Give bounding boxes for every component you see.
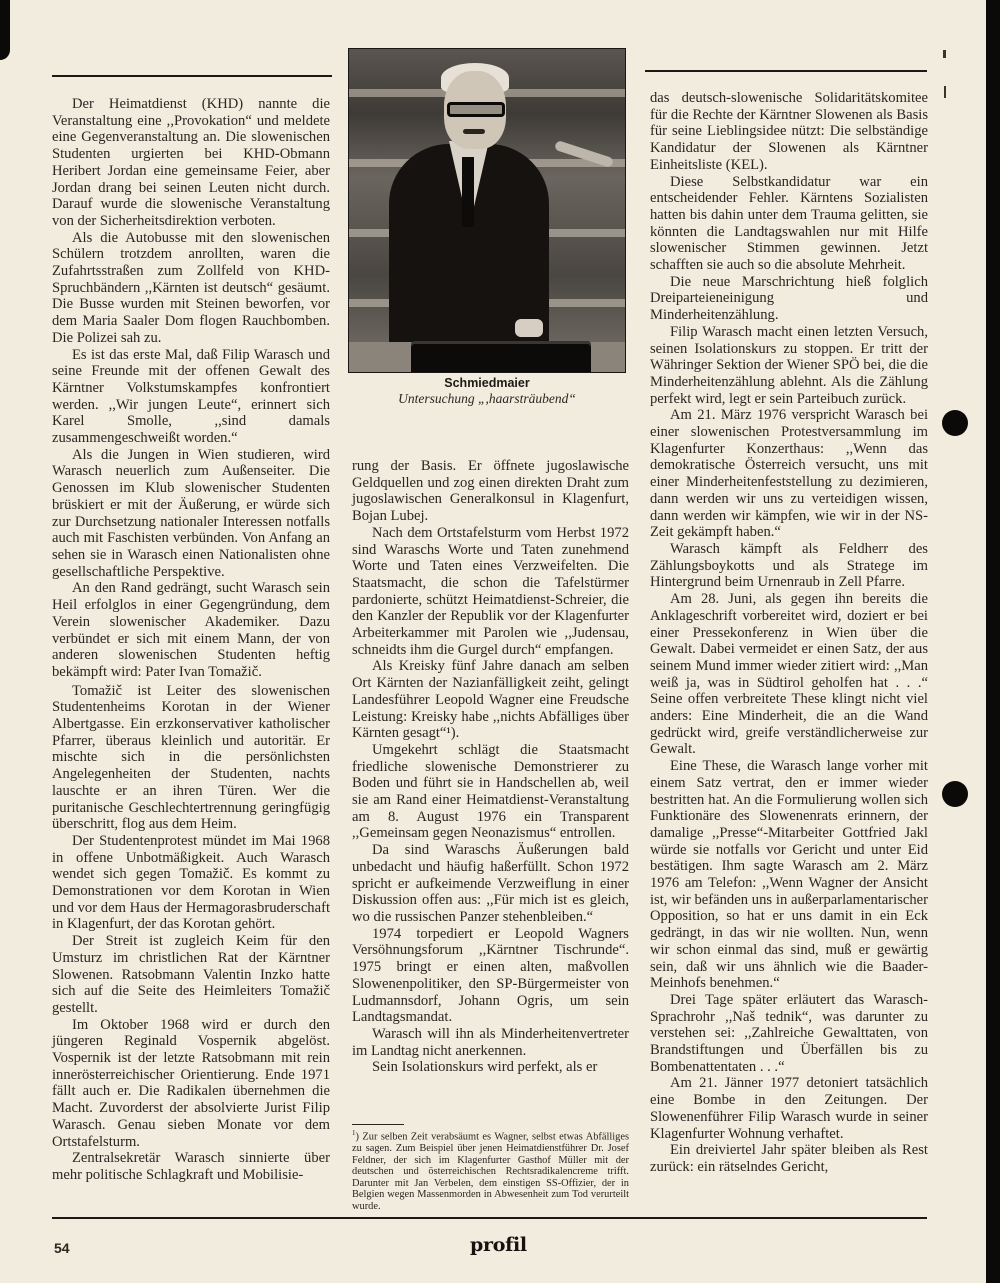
column-rule-left-top xyxy=(52,75,332,77)
paragraph: Als Kreisky fünf Jahre danach am selben … xyxy=(352,658,629,742)
scan-edge-top-left xyxy=(0,0,10,60)
paragraph: Als die Autobusse mit den slowenischen S… xyxy=(52,230,330,347)
page-number: 54 xyxy=(54,1240,70,1256)
paragraph: Eine These, die Warasch lange vorher mit… xyxy=(650,758,928,992)
footnote-text: ) Zur selben Zeit verabsäumt es Wagner, … xyxy=(352,1131,629,1212)
paragraph: Warasch will ihn als Minderheitenvertret… xyxy=(352,1026,629,1059)
article-column-left: Der Heimatdienst (KHD) nannte die Verans… xyxy=(52,96,330,1184)
article-column-right: das deutsch-slowenische Solidaritätskomi… xyxy=(650,90,928,1176)
footnote: 1) Zur selben Zeit verabsäumt es Wagner,… xyxy=(352,1128,629,1213)
paragraph: Tomažič ist Leiter des slowenischen Stud… xyxy=(52,683,330,833)
paragraph: Drei Tage später erläutert das Warasch-S… xyxy=(650,992,928,1076)
paragraph: Am 21. März 1976 verspricht Warasch bei … xyxy=(650,407,928,541)
paragraph: 1974 torpediert er Leopold Wagners Versö… xyxy=(352,926,629,1026)
paragraph: Filip Warasch macht einen letzten Versuc… xyxy=(650,324,928,408)
paragraph: Diese Selbstkandidatur war ein entscheid… xyxy=(650,174,928,274)
paragraph: An den Rand gedrängt, sucht Warasch sein… xyxy=(52,580,330,680)
briefcase-shape xyxy=(411,341,591,373)
paragraph: rung der Basis. Er öffnete jugoslawische… xyxy=(352,458,629,525)
paragraph: Sein Isolationskurs wird perfekt, als er xyxy=(352,1059,629,1076)
photo-caption-name: Schmiedmaier xyxy=(348,376,626,390)
punch-hole-lower xyxy=(942,781,968,807)
paragraph: Der Studentenprotest mündet im Mai 1968 … xyxy=(52,833,330,933)
paragraph: Zentralsekretär Warasch sinnierte über m… xyxy=(52,1150,330,1183)
paragraph: Am 21. Jänner 1977 detoniert tatsächlich… xyxy=(650,1075,928,1142)
footnote-rule xyxy=(352,1124,404,1125)
paragraph: Die neue Marschrichtung hieß folglich Dr… xyxy=(650,274,928,324)
scan-mark xyxy=(944,86,946,98)
scan-mark xyxy=(943,50,946,58)
paragraph: Umgekehrt schlägt die Staatsmacht friedl… xyxy=(352,742,629,842)
column-rule-right-top xyxy=(645,70,927,72)
punch-hole-upper xyxy=(942,410,968,436)
magazine-logo: profil xyxy=(470,1234,527,1256)
paragraph: Als die Jungen in Wien studieren, wird W… xyxy=(52,447,330,581)
paragraph: Im Oktober 1968 wird er durch den jünger… xyxy=(52,1017,330,1151)
footer-rule xyxy=(52,1217,927,1219)
paragraph: Der Streit ist zugleich Keim für den Ums… xyxy=(52,933,330,1017)
article-photo xyxy=(348,48,626,373)
paragraph: das deutsch-slowenische Solidaritätskomi… xyxy=(650,90,928,174)
paragraph: Warasch kämpft als Feldherr des Zählungs… xyxy=(650,541,928,591)
photo-caption-subtitle: Untersuchung „,haarsträubend“ xyxy=(348,391,626,407)
paragraph: Am 28. Juni, als gegen ihn bereits die A… xyxy=(650,591,928,758)
paragraph: Da sind Waraschs Äußerungen bald unbedac… xyxy=(352,842,629,926)
paragraph: Der Heimatdienst (KHD) nannte die Verans… xyxy=(52,96,330,230)
paragraph: Nach dem Ortstafelsturm vom Herbst 1972 … xyxy=(352,525,629,659)
article-column-middle: rung der Basis. Er öffnete jugoslawische… xyxy=(352,458,629,1076)
scan-edge-right xyxy=(986,0,1000,1283)
paragraph: Ein dreiviertel Jahr später bleiben als … xyxy=(650,1142,928,1175)
paragraph: Es ist das erste Mal, daß Filip Warasch … xyxy=(52,347,330,447)
